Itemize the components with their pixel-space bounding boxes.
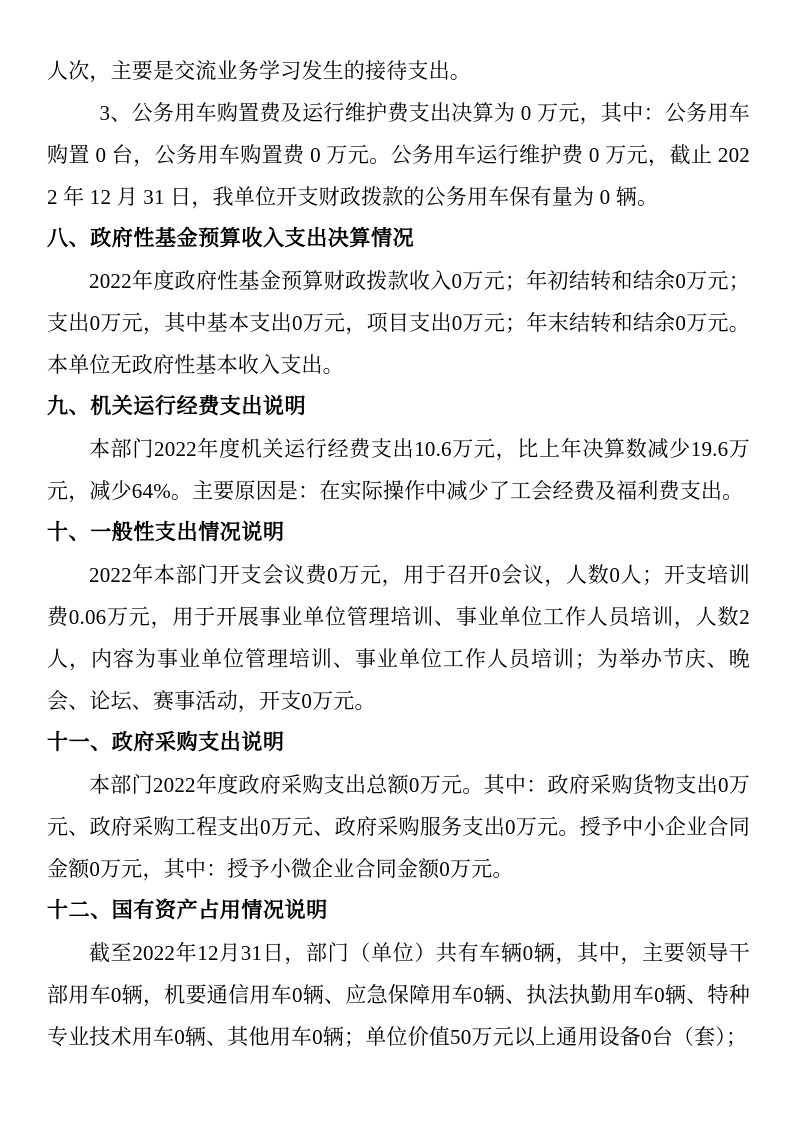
section-11-heading: 十一、政府采购支出说明: [47, 722, 750, 764]
section-10-body: 2022年本部门开支会议费0万元，用于召开0会议，人数0人；开支培训费0.06万…: [47, 554, 750, 722]
section-9-body: 本部门2022年度机关运行经费支出10.6万元，比上年决算数减少19.6万元，减…: [47, 428, 750, 512]
section-10-heading: 十、一般性支出情况说明: [47, 512, 750, 554]
section-8-body: 2022年度政府性基金预算财政拨款收入0万元；年初结转和结余0万元；支出0万元，…: [47, 260, 750, 386]
section-8-heading: 八、政府性基金预算收入支出决算情况: [47, 218, 750, 260]
document-body: 人次，主要是交流业务学习发生的接待支出。 3、公务用车购置费及运行维护费支出决算…: [47, 50, 750, 1058]
document-page: 人次，主要是交流业务学习发生的接待支出。 3、公务用车购置费及运行维护费支出决算…: [0, 0, 793, 1122]
section-9-heading: 九、机关运行经费支出说明: [47, 386, 750, 428]
section-12-body: 截至2022年12月31日，部门（单位）共有车辆0辆，其中，主要领导干部用车0辆…: [47, 932, 750, 1058]
paragraph-official-vehicle-expense: 3、公务用车购置费及运行维护费支出决算为 0 万元，其中：公务用车购置 0 台，…: [47, 92, 750, 218]
section-12-heading: 十二、国有资产占用情况说明: [47, 890, 750, 932]
section-11-body: 本部门2022年度政府采购支出总额0万元。其中：政府采购货物支出0万元、政府采购…: [47, 764, 750, 890]
paragraph-hospitality-continuation: 人次，主要是交流业务学习发生的接待支出。: [47, 50, 750, 92]
